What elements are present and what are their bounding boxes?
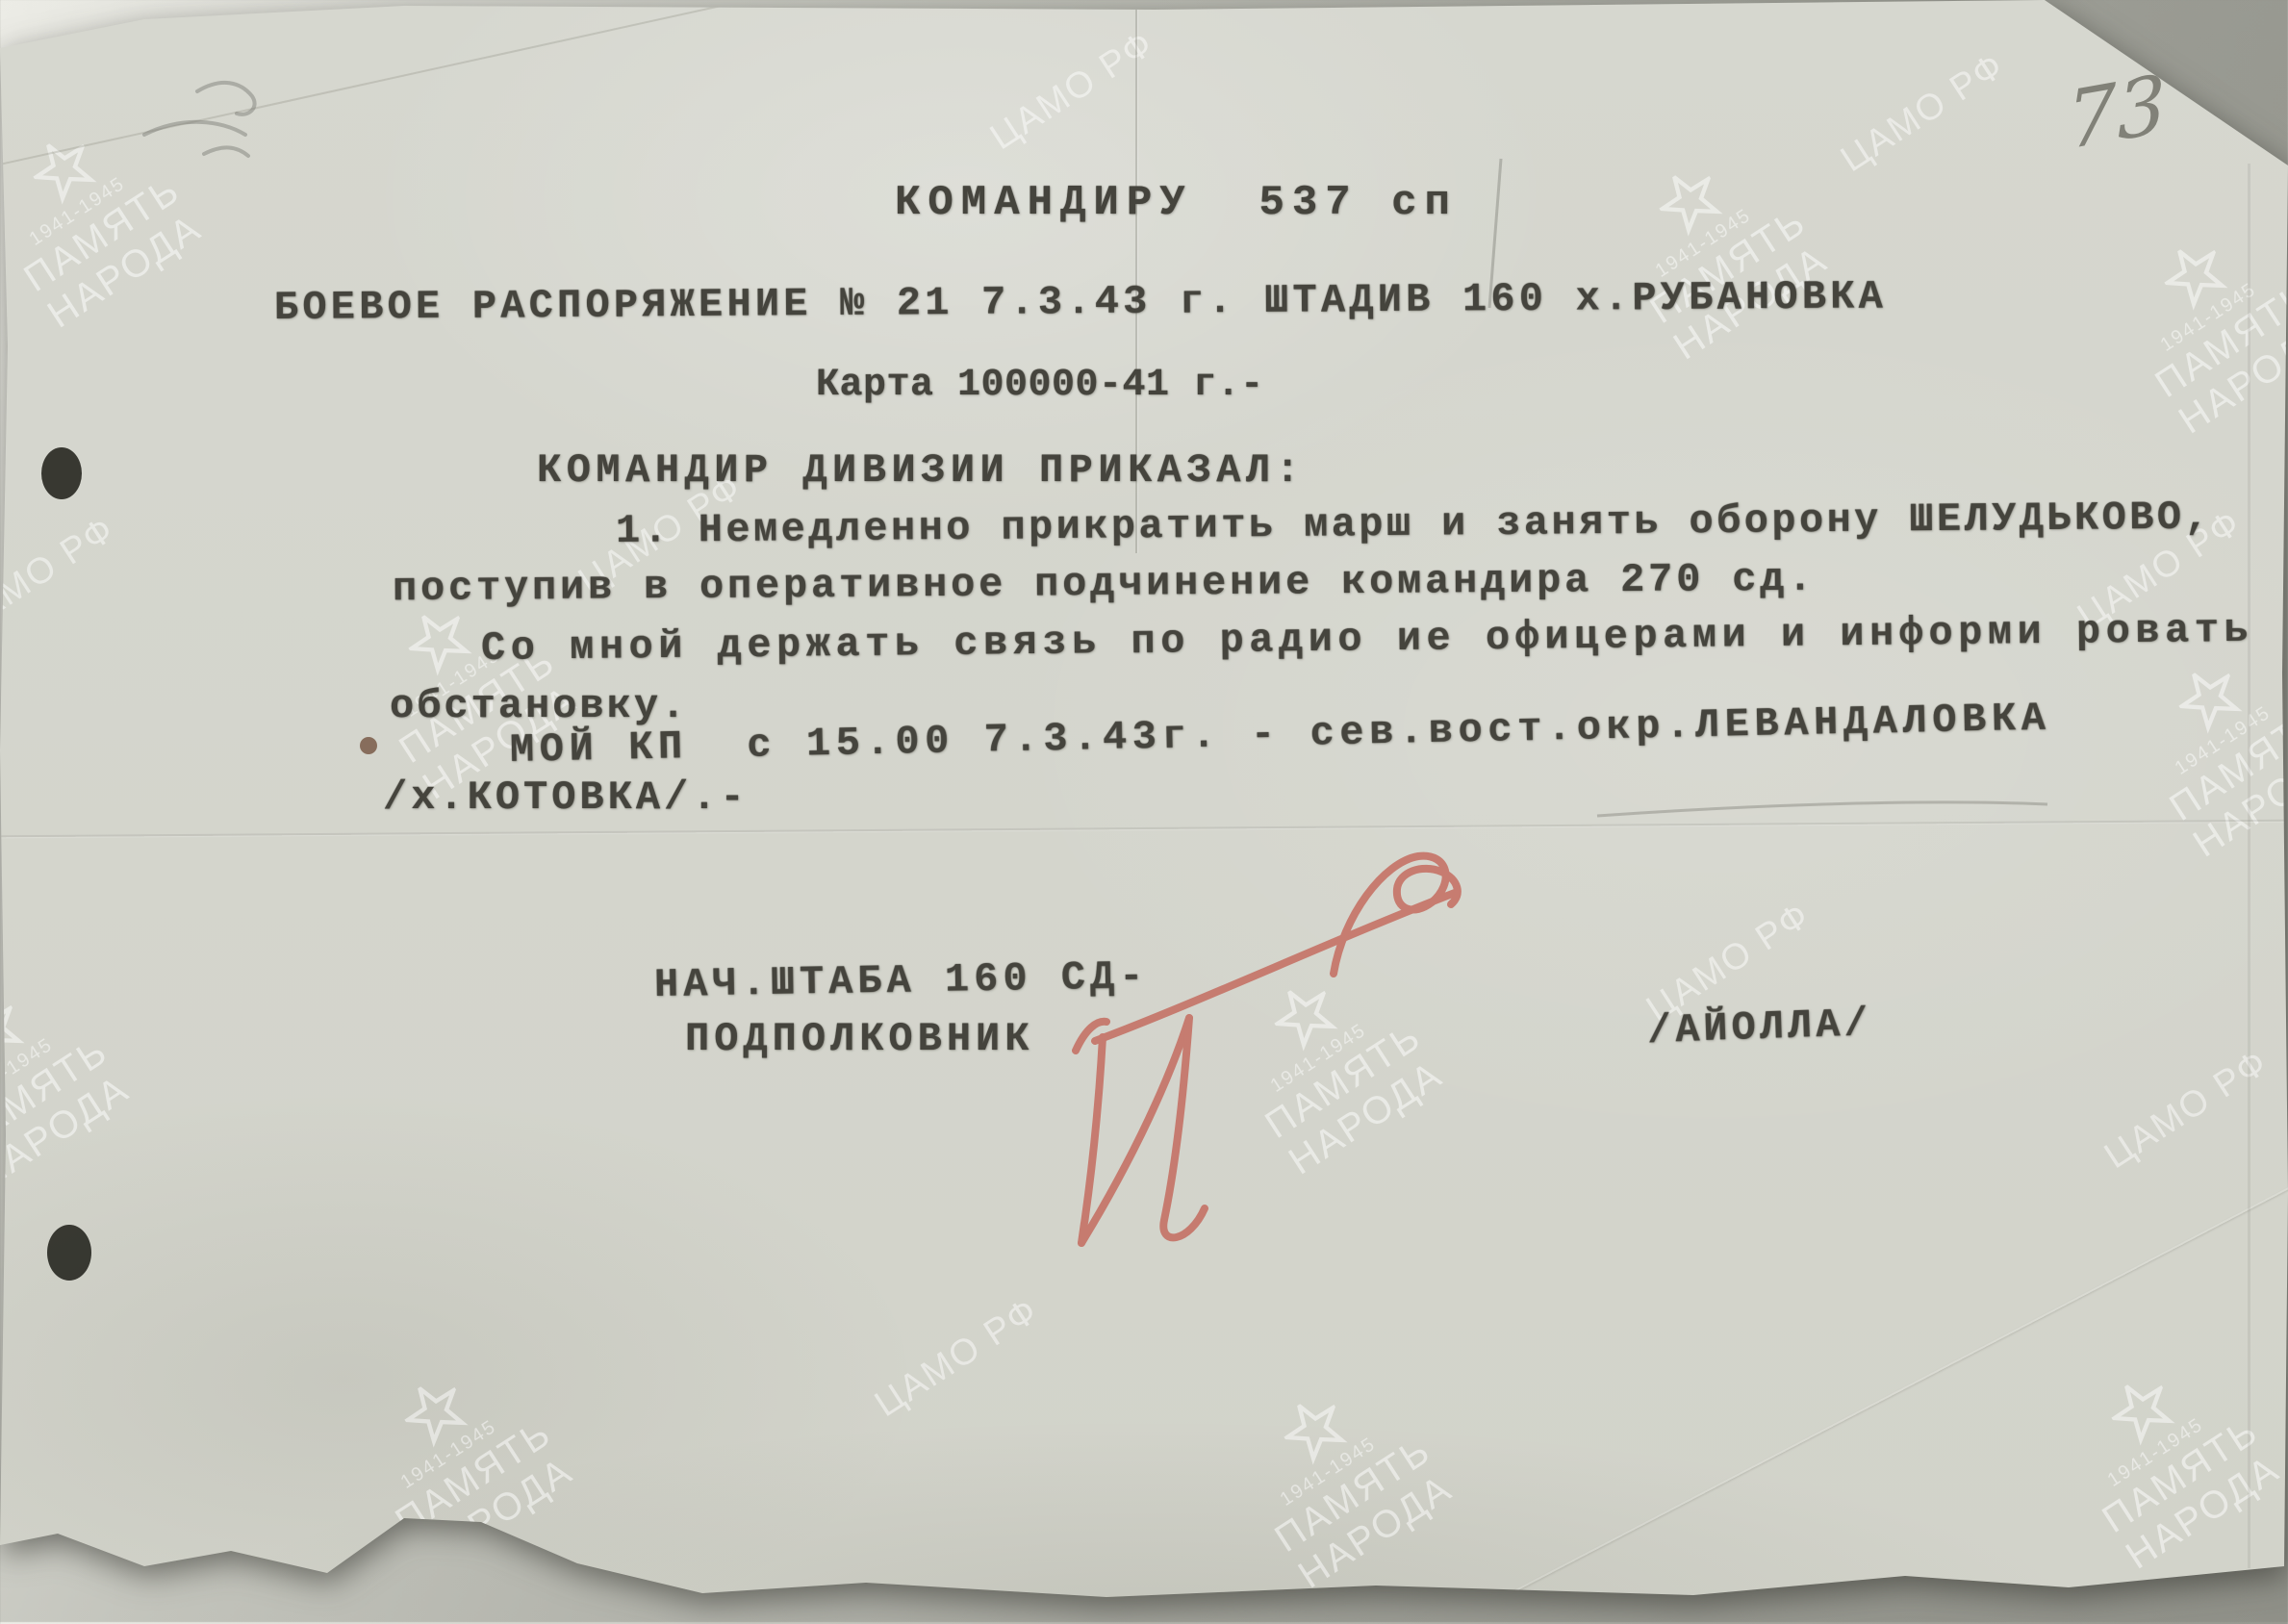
watermark-memory-line2: НАРОДА bbox=[2186, 734, 2288, 866]
star-icon bbox=[2169, 657, 2251, 740]
watermark-pamyat-naroda: 1941-1945 ПАМЯТЬ НАРОДА bbox=[1222, 1358, 1462, 1597]
document-page: 1941-1945 ПАМЯТЬ НАРОДА 1941-1945 ПАМЯТЬ… bbox=[0, 0, 2288, 1622]
watermark-pamyat-naroda: 1941-1945 ПАМЯТЬ НАРОДА bbox=[2102, 204, 2288, 443]
watermark-memory-line2: НАРОДА bbox=[40, 205, 212, 337]
map-reference-line: Карта 100000-41 г.- bbox=[816, 364, 1264, 407]
order-title-line: БОЕВОЕ РАСПОРЯЖЕНИЕ № 21 7.3.43 г. ШТАДИ… bbox=[274, 273, 1887, 331]
star-icon bbox=[1264, 975, 1347, 1057]
signer-position-line2: ПОДПОЛКОВНИК bbox=[685, 1016, 1033, 1062]
signer-position-line1: НАЧ.ШТАБА 160 СД- bbox=[654, 953, 1149, 1008]
star-icon bbox=[23, 128, 106, 211]
recipient-line: КОМАНДИРУ 537 сп bbox=[895, 179, 1458, 227]
watermark-years: 1941-1945 bbox=[0, 1011, 92, 1112]
paper-crease-right-edge bbox=[2248, 164, 2250, 1568]
star-icon bbox=[0, 989, 33, 1072]
paper-crease-diagonal-bottomright bbox=[1453, 1186, 2288, 1622]
watermark-years: 1941-1945 bbox=[1267, 997, 1406, 1098]
watermark-pamyat-naroda: 1941-1945 ПАМЯТЬ НАРОДА bbox=[0, 98, 212, 337]
item2-line1: Со мной держать связь по радио ие офицер… bbox=[481, 607, 2254, 672]
watermark-tsamo: ЦАМО РФ bbox=[868, 1290, 1046, 1426]
watermark-tsamo: ЦАМО РФ bbox=[1834, 45, 2012, 181]
scan-backdrop: 1941-1945 ПАМЯТЬ НАРОДА 1941-1945 ПАМЯТЬ… bbox=[0, 0, 2288, 1622]
watermark-years: 1941-1945 bbox=[397, 1393, 536, 1494]
star-icon bbox=[2101, 1369, 2184, 1452]
watermark-tsamo: ЦАМО РФ bbox=[983, 23, 1161, 159]
watermark-memory-line1: ПАМЯТЬ bbox=[16, 168, 188, 300]
watermark-memory-line2: НАРОДА bbox=[1282, 1052, 1453, 1183]
item2-line2: обстановку. bbox=[390, 683, 688, 729]
item3-line2: /х.КОТОВКА/.- bbox=[383, 774, 749, 821]
pencil-underline bbox=[1597, 802, 2047, 816]
item1-line2: поступив в оперативное подчинение команд… bbox=[393, 556, 1817, 612]
item1-line1: 1. Немедленно прикратить марш и занять о… bbox=[616, 495, 2212, 554]
watermark-years: 1941-1945 bbox=[2104, 1391, 2243, 1492]
watermark-memory-line2: НАРОДА bbox=[412, 1448, 583, 1580]
watermark-tsamo: ЦАМО РФ bbox=[2097, 1042, 2275, 1178]
star-icon bbox=[1274, 1388, 1357, 1471]
watermark-memory-line2: НАРОДА bbox=[2172, 311, 2288, 443]
watermark-years: 1941-1945 bbox=[2172, 679, 2288, 780]
ink-stain bbox=[360, 737, 377, 754]
scan-marks-layer bbox=[0, 0, 2288, 1622]
watermark-years: 1941-1945 bbox=[26, 150, 165, 251]
watermark-pamyat-naroda: 1941-1945 ПАМЯТЬ НАРОДА bbox=[1212, 945, 1453, 1183]
watermark-memory-line1: ПАМЯТЬ bbox=[1267, 1429, 1438, 1561]
watermark-pamyat-naroda: 1941-1945 ПАМЯТЬ НАРОДА bbox=[0, 959, 140, 1198]
watermark-pamyat-naroda: 1941-1945 ПАМЯТЬ НАРОДА bbox=[343, 1341, 583, 1580]
star-icon bbox=[1649, 160, 1732, 242]
watermark-memory-line2: НАРОДА bbox=[2119, 1446, 2288, 1578]
punch-hole bbox=[47, 1225, 91, 1281]
watermark-memory-line1: ПАМЯТЬ bbox=[2148, 274, 2288, 406]
watermark-memory-line1: ПАМЯТЬ bbox=[0, 1029, 116, 1161]
watermark-pamyat-naroda: 1941-1945 ПАМЯТЬ НАРОДА bbox=[1597, 130, 1838, 368]
star-icon bbox=[398, 599, 481, 682]
watermark-memory-line2: НАРОДА bbox=[1291, 1465, 1462, 1597]
star-icon bbox=[2154, 234, 2237, 317]
paper-crease-diagonal-topleft bbox=[0, 0, 790, 167]
signature-autograph-red bbox=[1076, 856, 1458, 1243]
signer-name-line: /АЙОЛЛА/ bbox=[1646, 1001, 1872, 1054]
watermark-pamyat-naroda: 1941-1945 ПАМЯТЬ НАРОДА bbox=[2117, 627, 2288, 866]
watermark-years: 1941-1945 bbox=[1652, 182, 1791, 283]
punch-hole bbox=[41, 447, 82, 499]
item3-line1: МОЙ КП с 15.00 7.3.43г. - сев.вост.окр.Л… bbox=[509, 695, 2050, 774]
watermark-memory-line1: ПАМЯТЬ bbox=[388, 1411, 559, 1543]
watermark-pamyat-naroda: 1941-1945 ПАМЯТЬ НАРОДА bbox=[2049, 1339, 2288, 1578]
watermark-memory-line1: ПАМЯТЬ bbox=[2095, 1409, 2266, 1541]
order-intro-line: КОМАНДИР ДИВИЗИИ ПРИКАЗАЛ: bbox=[537, 447, 1305, 494]
watermark-years: 1941-1945 bbox=[1277, 1410, 1415, 1511]
watermark-tsamo: ЦАМО РФ bbox=[0, 509, 122, 645]
watermark-memory-line2: НАРОДА bbox=[0, 1066, 140, 1198]
pencil-scribble bbox=[144, 83, 255, 156]
page-number-pencil: 73 bbox=[2066, 59, 2168, 168]
watermark-memory-line1: ПАМЯТЬ bbox=[1258, 1015, 1429, 1147]
watermark-years: 1941-1945 bbox=[2157, 256, 2288, 357]
watermark-memory-line1: ПАМЯТЬ bbox=[2162, 698, 2288, 829]
paper-crease-horizontal bbox=[0, 820, 2288, 838]
star-icon bbox=[394, 1371, 477, 1454]
